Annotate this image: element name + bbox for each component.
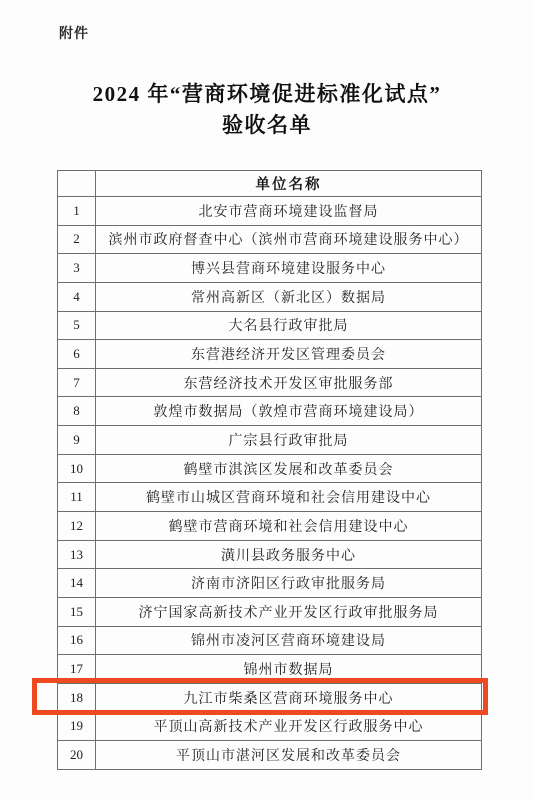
row-number: 20 xyxy=(58,741,96,770)
row-number: 16 xyxy=(58,626,96,655)
row-unit-name: 济南市济阳区行政审批服务局 xyxy=(96,569,482,598)
table-header-row: 单位名称 xyxy=(58,171,482,197)
table-row: 8 敦煌市数据局（敦煌市营商环境建设局） xyxy=(58,397,482,426)
row-number: 12 xyxy=(58,512,96,541)
table-row: 10 鹤壁市淇滨区发展和改革委员会 xyxy=(58,454,482,483)
document-title: 2024 年“营商环境促进标准化试点” 验收名单 xyxy=(0,79,534,141)
table-row: 14 济南市济阳区行政审批服务局 xyxy=(58,569,482,598)
row-unit-name: 东营港经济开发区管理委员会 xyxy=(96,340,482,369)
table-row: 6 东营港经济开发区管理委员会 xyxy=(58,340,482,369)
row-unit-name: 锦州市数据局 xyxy=(96,655,482,684)
row-unit-name: 博兴县营商环境建设服务中心 xyxy=(96,254,482,283)
row-unit-name: 济宁国家高新技术产业开发区行政审批服务局 xyxy=(96,597,482,626)
row-unit-name: 鹤壁市山城区营商环境和社会信用建设中心 xyxy=(96,483,482,512)
attachment-label: 附件 xyxy=(59,23,89,43)
row-unit-name: 平顶山高新技术产业开发区行政服务中心 xyxy=(96,712,482,741)
row-number: 5 xyxy=(58,311,96,340)
row-unit-name: 东营经济技术开发区审批服务部 xyxy=(96,368,482,397)
table-row: 5 大名县行政审批局 xyxy=(58,311,482,340)
row-number: 2 xyxy=(58,225,96,254)
row-number: 10 xyxy=(58,454,96,483)
table-row: 9 广宗县行政审批局 xyxy=(58,426,482,455)
row-number: 13 xyxy=(58,540,96,569)
table-row: 11 鹤壁市山城区营商环境和社会信用建设中心 xyxy=(58,483,482,512)
row-number: 3 xyxy=(58,254,96,283)
document-page: 附件 2024 年“营商环境促进标准化试点” 验收名单 单位名称 1 北安市营商… xyxy=(0,0,534,800)
row-unit-name: 平顶山市湛河区发展和改革委员会 xyxy=(96,741,482,770)
row-number: 6 xyxy=(58,340,96,369)
row-number: 8 xyxy=(58,397,96,426)
row-unit-name: 敦煌市数据局（敦煌市营商环境建设局） xyxy=(96,397,482,426)
table-row: 7 东营经济技术开发区审批服务部 xyxy=(58,368,482,397)
row-number: 14 xyxy=(58,569,96,598)
row-unit-name: 锦州市凌河区营商环境建设局 xyxy=(96,626,482,655)
row-number: 15 xyxy=(58,597,96,626)
row-unit-name: 常州高新区（新北区）数据局 xyxy=(96,282,482,311)
row-unit-name: 广宗县行政审批局 xyxy=(96,426,482,455)
row-number: 11 xyxy=(58,483,96,512)
row-unit-name: 大名县行政审批局 xyxy=(96,311,482,340)
row-number: 1 xyxy=(58,197,96,226)
table-row: 15 济宁国家高新技术产业开发区行政审批服务局 xyxy=(58,597,482,626)
row-number: 7 xyxy=(58,368,96,397)
row-number: 19 xyxy=(58,712,96,741)
title-line-2: 验收名单 xyxy=(0,110,534,141)
row-number: 9 xyxy=(58,426,96,455)
header-unit-name: 单位名称 xyxy=(96,171,482,197)
row-unit-name: 九江市柴桑区营商环境服务中心 xyxy=(96,683,482,712)
table-row: 20 平顶山市湛河区发展和改革委员会 xyxy=(58,741,482,770)
row-unit-name: 鹤壁市营商环境和社会信用建设中心 xyxy=(96,512,482,541)
table-row-highlighted: 18 九江市柴桑区营商环境服务中心 xyxy=(58,683,482,712)
table-row: 17 锦州市数据局 xyxy=(58,655,482,684)
row-number: 17 xyxy=(58,655,96,684)
title-line-1: 2024 年“营商环境促进标准化试点” xyxy=(0,79,534,110)
table-row: 19 平顶山高新技术产业开发区行政服务中心 xyxy=(58,712,482,741)
table-row: 12 鹤壁市营商环境和社会信用建设中心 xyxy=(58,512,482,541)
table-row: 4 常州高新区（新北区）数据局 xyxy=(58,282,482,311)
row-number: 4 xyxy=(58,282,96,311)
table-row: 13 潢川县政务服务中心 xyxy=(58,540,482,569)
unit-table-container: 单位名称 1 北安市营商环境建设监督局 2 滨州市政府督查中心（滨州市营商环境建… xyxy=(57,170,481,770)
header-number-cell xyxy=(58,171,96,197)
row-number: 18 xyxy=(58,683,96,712)
table-row: 16 锦州市凌河区营商环境建设局 xyxy=(58,626,482,655)
row-unit-name: 鹤壁市淇滨区发展和改革委员会 xyxy=(96,454,482,483)
row-unit-name: 潢川县政务服务中心 xyxy=(96,540,482,569)
unit-table: 单位名称 1 北安市营商环境建设监督局 2 滨州市政府督查中心（滨州市营商环境建… xyxy=(57,170,482,770)
table-row: 1 北安市营商环境建设监督局 xyxy=(58,197,482,226)
row-unit-name: 北安市营商环境建设监督局 xyxy=(96,197,482,226)
table-row: 2 滨州市政府督查中心（滨州市营商环境建设服务中心） xyxy=(58,225,482,254)
table-row: 3 博兴县营商环境建设服务中心 xyxy=(58,254,482,283)
row-unit-name: 滨州市政府督查中心（滨州市营商环境建设服务中心） xyxy=(96,225,482,254)
